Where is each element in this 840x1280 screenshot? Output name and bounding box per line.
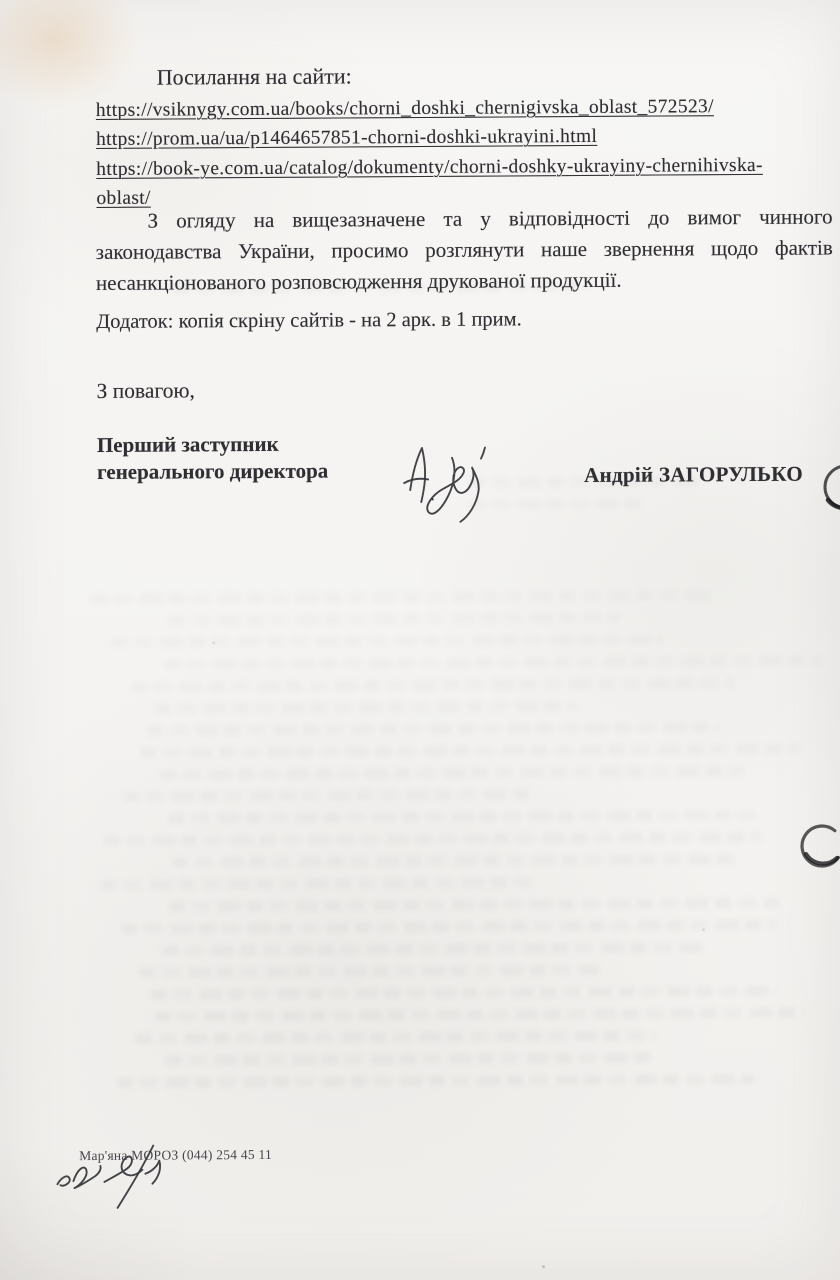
bleed-through-line xyxy=(165,1053,652,1066)
bleed-through-line xyxy=(159,766,745,780)
bleed-through-line xyxy=(147,722,721,736)
footer-signature xyxy=(49,1139,209,1220)
scan-speck xyxy=(212,641,215,644)
letter-content: Посилання на сайти: https://vsiknygy.com… xyxy=(0,0,840,1280)
bleed-through xyxy=(469,476,699,521)
bleed-through-line xyxy=(162,942,706,955)
bleed-through-line xyxy=(171,854,737,867)
bleed-through-line xyxy=(164,656,822,670)
bleed-through-line xyxy=(154,1008,804,1022)
bleed-through-line xyxy=(123,789,531,801)
url-line: https://prom.ua/ua/p1464657851-chorni-do… xyxy=(96,121,836,155)
bleed-through-line xyxy=(173,281,593,294)
scanned-letter-page: Посилання на сайти: https://vsiknygy.com… xyxy=(0,0,840,1280)
bleed-through-line xyxy=(154,701,578,714)
bleed-through-line xyxy=(121,920,778,934)
closing-salutation: З повагою, xyxy=(97,378,195,404)
signer-title-line: Перший заступник xyxy=(97,431,328,459)
bleed-through-line xyxy=(139,965,600,978)
bleed-through-line xyxy=(150,986,775,1000)
body-paragraph-line: законодавства України, просимо розглянут… xyxy=(96,232,833,268)
signer-title-line: генерального директора xyxy=(97,458,328,486)
url-line: https://book-ye.com.ua/catalog/dokumenty… xyxy=(96,150,836,184)
bleed-through-line xyxy=(111,635,664,648)
attachment-note: Додаток: копія скріну сайтів - на 2 арк.… xyxy=(96,308,522,334)
bleed-through xyxy=(62,590,783,1100)
bleed-through-line xyxy=(130,678,734,692)
links-heading: Посилання на сайти: xyxy=(157,63,352,90)
signer-title: Перший заступник генерального директора xyxy=(97,431,328,486)
bleed-through-line xyxy=(91,590,711,604)
scan-speck xyxy=(702,928,705,931)
bleed-through-line xyxy=(135,1031,656,1044)
bleed-through-line xyxy=(140,744,800,758)
bleed-through-line xyxy=(169,898,779,912)
bleed-through xyxy=(173,281,593,306)
bleed-through-line xyxy=(104,832,764,846)
url-list: https://vsiknygy.com.ua/books/chorni_dos… xyxy=(96,91,837,213)
bleed-through-line xyxy=(101,877,536,890)
bleed-through-line xyxy=(117,1074,755,1088)
bleed-through-line xyxy=(469,476,699,487)
scan-speck xyxy=(542,1265,545,1268)
url-line: https://vsiknygy.com.ua/books/chorni_dos… xyxy=(96,91,836,125)
bleed-through-line xyxy=(469,499,648,510)
body-paragraph-line: З огляду на вищезазначене та у відповідн… xyxy=(95,201,832,237)
bleed-through-line xyxy=(169,613,620,626)
bleed-through-line xyxy=(168,810,761,824)
